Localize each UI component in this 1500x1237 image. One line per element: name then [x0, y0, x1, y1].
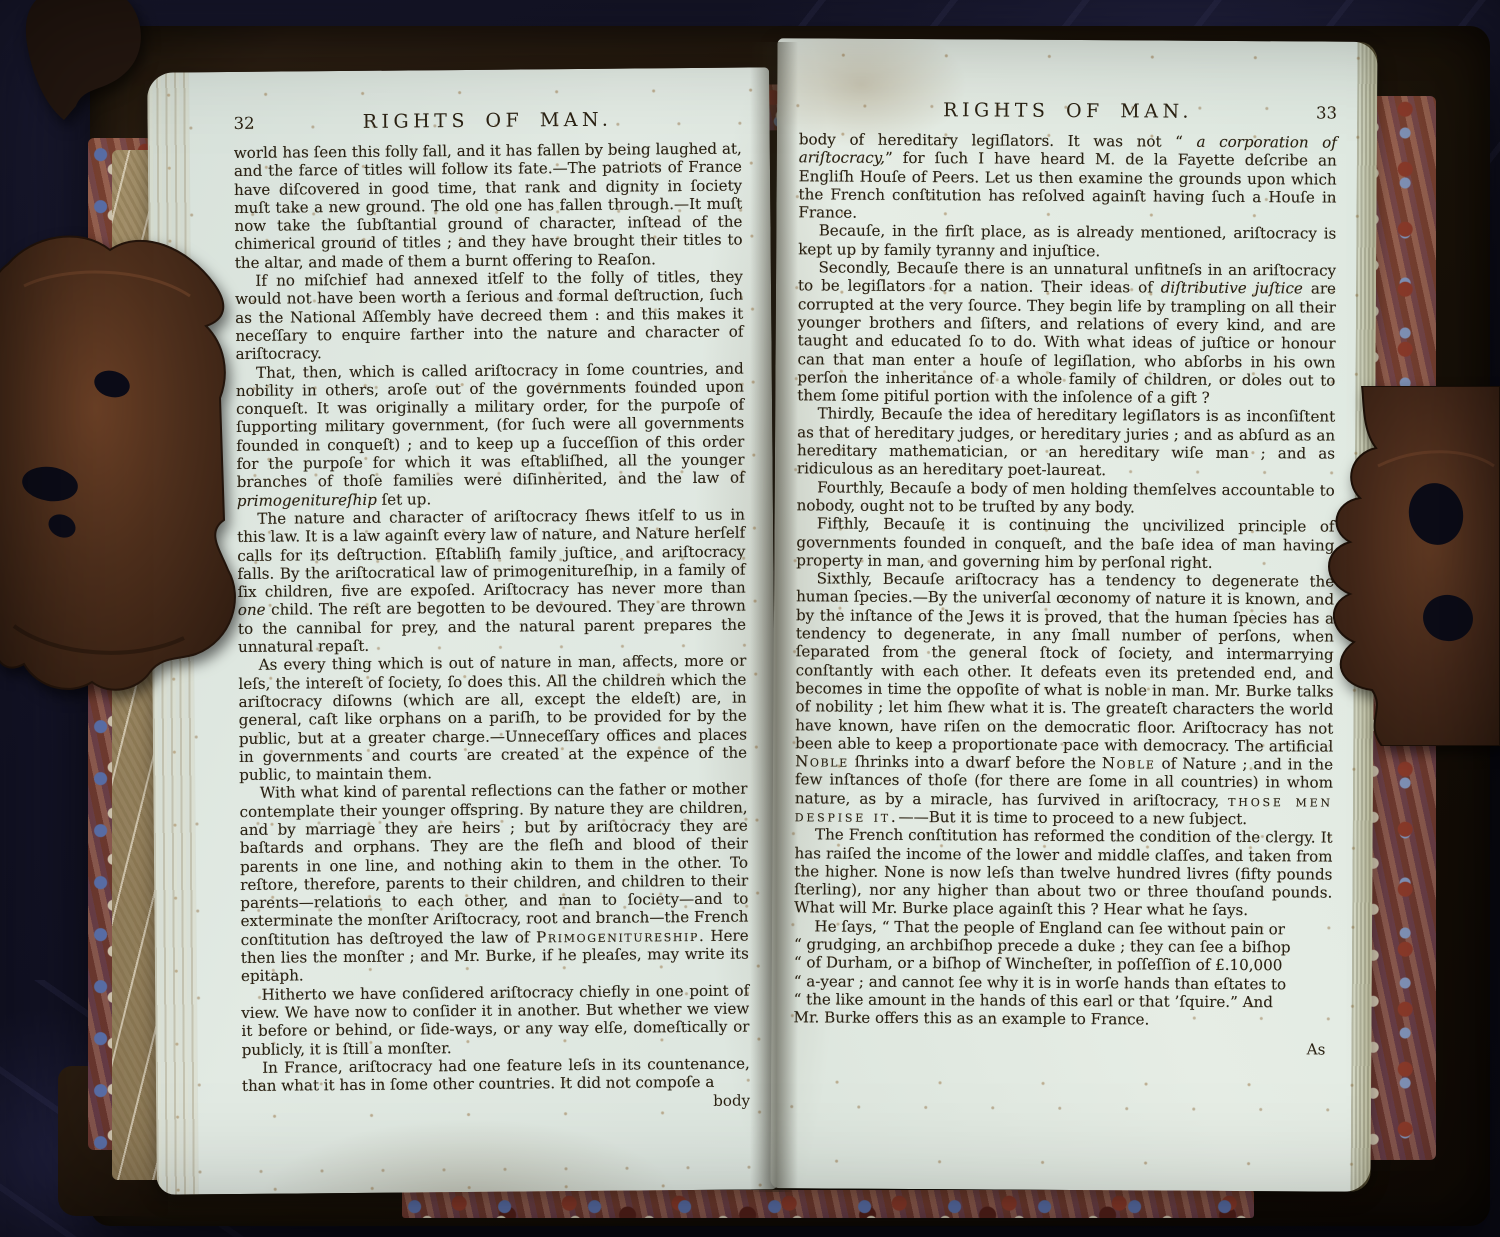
page-number: 32: [233, 114, 277, 133]
body-text: are corrupted at the very ſource. They b…: [797, 280, 1336, 407]
body-text: Mr. Burke offers this as an example to F…: [793, 1009, 1149, 1029]
body-text: That, then, which is called ariſtocracy …: [236, 359, 745, 491]
paragraph: The nature and character of ariſtocracy …: [237, 505, 746, 656]
emphasized-text: Primogenitureship: [536, 927, 699, 946]
page-header: 32 RIGHTS OF MAN.: [233, 108, 741, 134]
paragraph: That, then, which is called ariſtocracy …: [236, 359, 745, 510]
paragraph: Sixthly, Becauſe ariſtocracy has a tende…: [795, 569, 1335, 828]
body-text: ſhrinks into a dwarf before the: [849, 753, 1102, 773]
emphasized-text: Noble: [1102, 754, 1156, 772]
body-text: Becauſe, in the firſt place, as is alrea…: [798, 222, 1336, 260]
paragraph: Fourthly, Becauſe a body of men holding …: [797, 478, 1335, 518]
emphasized-text: one: [238, 601, 266, 619]
paragraph: With what kind of parental reflections c…: [239, 780, 749, 986]
running-title: RIGHTS OF MAN.: [277, 108, 697, 134]
body-text: The nature and character of ariſtocracy …: [237, 505, 746, 601]
paragraph: world has ſeen this folly fall, and it h…: [234, 140, 743, 273]
catchword: body: [242, 1092, 750, 1114]
paragraph: He ſays, “ That the people of England ca…: [793, 917, 1332, 1030]
body-text: If no miſchief had annexed itſelf to the…: [235, 268, 743, 364]
book-page-right: RIGHTS OF MAN. 33 body of hereditary leg…: [770, 38, 1377, 1192]
paragraph: Becauſe, in the firſt place, as is alrea…: [798, 222, 1336, 262]
body-text: With what kind of parental reflections c…: [239, 780, 748, 949]
body-text: ——But it is time to proceed to a new ſub…: [898, 808, 1247, 828]
body-text: world has ſeen this folly fall, and it h…: [234, 140, 743, 272]
page-header: RIGHTS OF MAN. 33: [799, 98, 1337, 123]
paragraph: Secondly, Becauſe there is an unnatural …: [797, 258, 1336, 408]
emphasized-text: Noble: [795, 752, 849, 770]
book-photograph: 32 RIGHTS OF MAN. world has ſeen this fo…: [0, 0, 1500, 1237]
paragraph: body of hereditary legiſlators. It was n…: [798, 130, 1337, 225]
paragraph: As every thing which is out of nature in…: [238, 652, 747, 785]
body-text: body of hereditary legiſlators. It was n…: [799, 130, 1197, 150]
body-text: Fifthly, Becauſe it is continuing the un…: [796, 515, 1334, 572]
paragraph: Thirdly, Becauſe the idea of hereditary …: [797, 405, 1335, 481]
marbled-paper-bottom-edge: [402, 1190, 1254, 1218]
book-page-left: 32 RIGHTS OF MAN. world has ſeen this fo…: [147, 67, 779, 1194]
paragraph: Hitherto we have conſidered ariſtocracy …: [241, 981, 750, 1059]
page-number: 33: [1293, 103, 1337, 122]
metal-clasp-right-icon: [1318, 386, 1500, 746]
paragraph: In France, ariſtocracy had one feature l…: [242, 1054, 750, 1095]
body-text: In France, ariſtocracy had one feature l…: [242, 1054, 750, 1095]
body-text: As every thing which is out of nature in…: [238, 652, 747, 784]
body-text: The French conſtitution has reformed the…: [794, 826, 1333, 920]
body-text: Sixthly, Becauſe ariſtocracy has a tende…: [795, 570, 1334, 756]
catchword: As: [793, 1037, 1331, 1058]
body-text: Fourthly, Becauſe a body of men holding …: [797, 478, 1335, 516]
paragraph: If no miſchief had annexed itſelf to the…: [235, 268, 744, 364]
body-text: Thirdly, Becauſe the idea of hereditary …: [797, 405, 1335, 480]
emphasized-text: primogenitureſhip: [237, 490, 377, 509]
metal-clasp-left-icon: [0, 226, 236, 698]
page-text-column: body of hereditary legiſlators. It was n…: [793, 130, 1336, 1030]
paragraph: The French conſtitution has reformed the…: [794, 826, 1333, 921]
body-text: Hitherto we have conſidered ariſtocracy …: [241, 981, 749, 1058]
paragraph: Fifthly, Becauſe it is continuing the un…: [796, 515, 1334, 573]
body-text: child. The reſt are begotten to be devou…: [238, 597, 746, 656]
emphasized-text: diſtributive juſtice: [1161, 279, 1303, 298]
running-title: RIGHTS OF MAN.: [843, 99, 1293, 124]
body-text: ſet up.: [377, 490, 432, 508]
leather-strap-icon: [22, 0, 154, 120]
page-text-column: world has ſeen this folly fall, and it h…: [234, 140, 750, 1096]
